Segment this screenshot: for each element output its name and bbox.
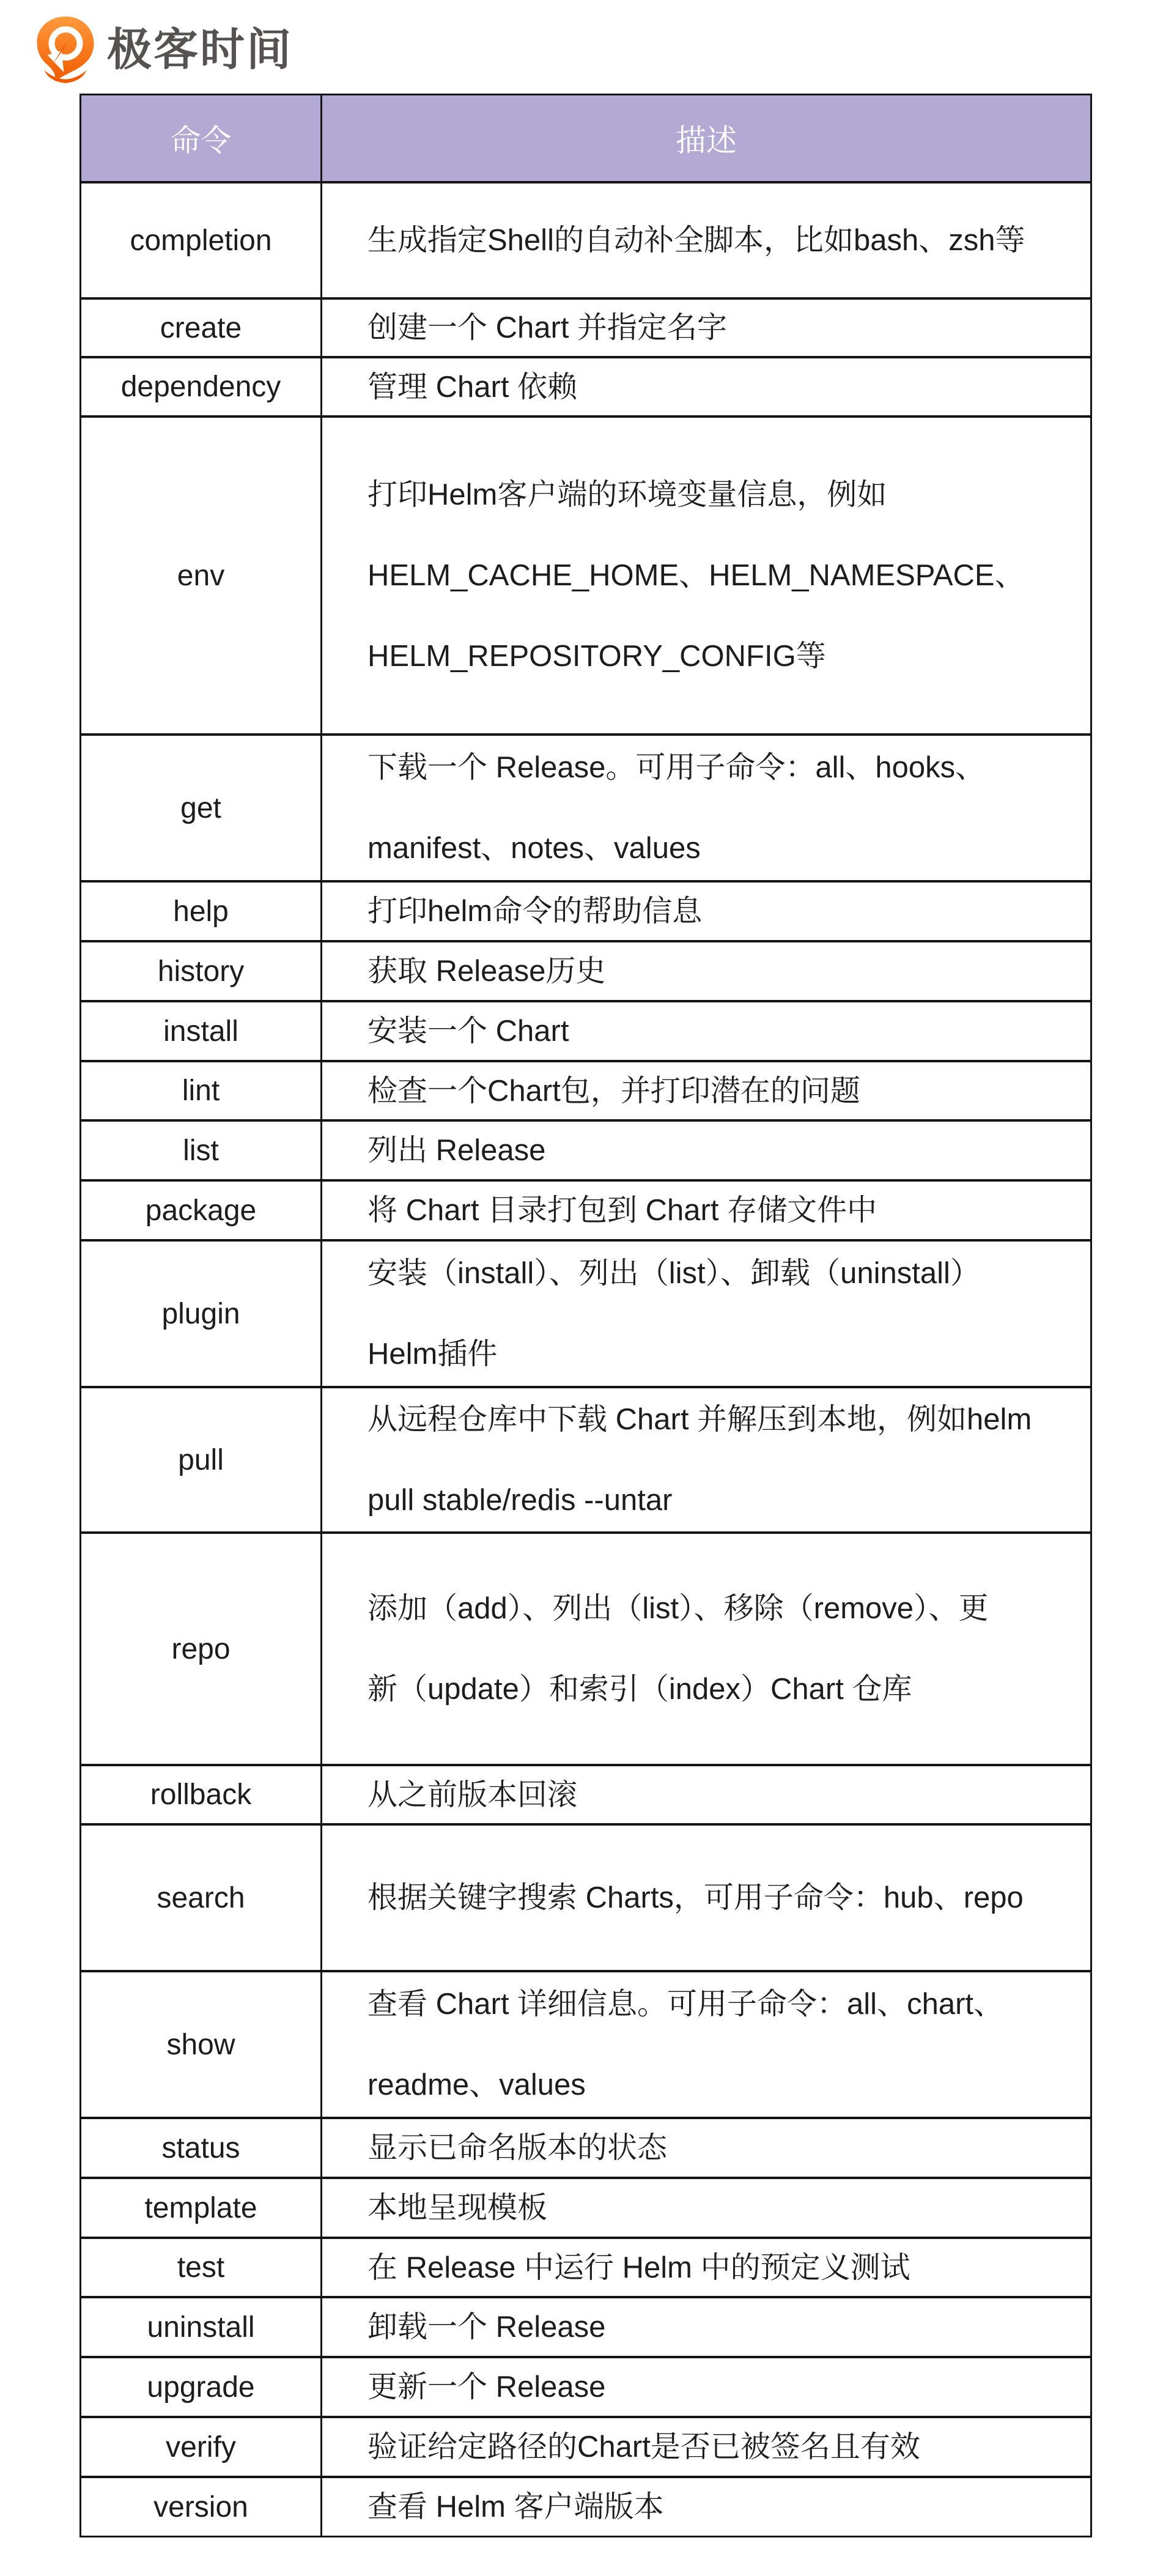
description-line: 管理 Chart 依赖 (367, 347, 1072, 427)
description-line: HELM_REPOSITORY_CONFIG等 (367, 616, 1072, 697)
command-cell: lint (81, 1062, 322, 1119)
command-cell: create (81, 300, 322, 356)
command-cell: version (81, 2478, 322, 2536)
command-cell: rollback (81, 1766, 322, 1823)
header-cell-command: 命令 (81, 95, 322, 181)
description-line: 从之前版本回滚 (367, 1755, 1072, 1835)
command-cell: upgrade (81, 2358, 322, 2416)
table-row: show查看 Chart 详细信息。可用子命令：all、chart、readme… (81, 1970, 1090, 2117)
table-row: package将 Chart 目录打包到 Chart 存储文件中 (81, 1179, 1090, 1239)
table-row: env打印Helm客户端的环境变量信息，例如HELM_CACHE_HOME、HE… (81, 415, 1090, 733)
brand-text: 极客时间 (107, 16, 293, 84)
description-line: HELM_CACHE_HOME、HELM_NAMESPACE、 (367, 535, 1072, 616)
command-cell: help (81, 883, 322, 940)
table-row: repo添加（add）、列出（list）、移除（remove）、更新（updat… (81, 1531, 1090, 1764)
description-cell: 将 Chart 目录打包到 Chart 存储文件中 (322, 1182, 1090, 1239)
description-cell: 安装（install）、列出（list）、卸载（uninstall）Helm插件 (322, 1242, 1090, 1386)
description-line: 查看 Chart 详细信息。可用子命令：all、chart、 (367, 1964, 1072, 2045)
table-row: get下载一个 Release。可用子命令：all、hooks、manifest… (81, 733, 1090, 880)
command-cell: pull (81, 1388, 322, 1531)
page: { "logo": { "brand_text": "极客时间", "icon"… (0, 0, 1174, 2576)
command-cell: history (81, 942, 322, 1000)
command-cell: env (81, 418, 322, 733)
description-line: 添加（add）、列出（list）、移除（remove）、更 (367, 1568, 1072, 1649)
geektime-logo: 极客时间 (35, 16, 293, 84)
description-line: 根据关键字搜索 Charts，可用子命令：hub、repo (367, 1857, 1072, 1938)
description-line: 打印Helm客户端的环境变量信息，例如 (367, 454, 1072, 535)
description-cell: 下载一个 Release。可用子命令：all、hooks、manifest、no… (322, 736, 1090, 880)
description-line: 生成指定Shell的自动补全脚本，比如bash、zsh等 (367, 200, 1072, 281)
command-cell: package (81, 1182, 322, 1239)
description-line: 从远程仓库中下载 Chart 并解压到本地，例如helm (367, 1379, 1072, 1460)
description-line: 查看 Helm 客户端版本 (367, 2467, 1072, 2547)
description-line: 下载一个 Release。可用子命令：all、hooks、 (367, 727, 1072, 808)
description-cell: 查看 Helm 客户端版本 (322, 2478, 1090, 2536)
description-line: 新（update）和索引（index）Chart 仓库 (367, 1649, 1072, 1730)
description-cell: 查看 Chart 详细信息。可用子命令：all、chart、readme、val… (322, 1972, 1090, 2117)
geektime-pin-icon (35, 16, 96, 84)
command-cell: dependency (81, 358, 322, 415)
description-cell: 生成指定Shell的自动补全脚本，比如bash、zsh等 (322, 183, 1090, 297)
description-cell: 管理 Chart 依赖 (322, 358, 1090, 415)
description-line: 安装（install）、列出（list）、卸载（uninstall） (367, 1233, 1072, 1314)
description-cell: 从之前版本回滚 (322, 1766, 1090, 1823)
header-cell-description: 描述 (322, 95, 1090, 181)
table-row: pull从远程仓库中下载 Chart 并解压到本地，例如helmpull sta… (81, 1386, 1090, 1531)
command-cell: show (81, 1972, 322, 2117)
table-row: search根据关键字搜索 Charts，可用子命令：hub、repo (81, 1823, 1090, 1970)
command-cell: search (81, 1826, 322, 1970)
table-row: dependency管理 Chart 依赖 (81, 356, 1090, 415)
helm-command-table: 命令 描述 completion生成指定Shell的自动补全脚本，比如bash、… (79, 94, 1092, 2537)
command-cell: test (81, 2239, 322, 2296)
table-row: rollback从之前版本回滚 (81, 1764, 1090, 1823)
description-cell: 从远程仓库中下载 Chart 并解压到本地，例如helmpull stable/… (322, 1388, 1090, 1531)
table-row: completion生成指定Shell的自动补全脚本，比如bash、zsh等 (81, 181, 1090, 297)
command-cell: repo (81, 1534, 322, 1764)
command-cell: get (81, 736, 322, 880)
description-cell: 根据关键字搜索 Charts，可用子命令：hub、repo (322, 1826, 1090, 1970)
description-cell: 打印Helm客户端的环境变量信息，例如HELM_CACHE_HOME、HELM_… (322, 418, 1090, 733)
table-body: completion生成指定Shell的自动补全脚本，比如bash、zsh等cr… (81, 181, 1090, 2536)
command-cell: list (81, 1122, 322, 1179)
command-cell: uninstall (81, 2298, 322, 2356)
command-cell: install (81, 1002, 322, 1060)
command-cell: template (81, 2179, 322, 2237)
table-row: plugin安装（install）、列出（list）、卸载（uninstall）… (81, 1239, 1090, 1386)
command-cell: plugin (81, 1242, 322, 1386)
description-cell: 添加（add）、列出（list）、移除（remove）、更新（update）和索… (322, 1534, 1090, 1764)
command-cell: verify (81, 2418, 322, 2476)
description-line: pull stable/redis --untar (367, 1460, 1072, 1541)
table-row: version查看 Helm 客户端版本 (81, 2476, 1090, 2536)
command-cell: completion (81, 183, 322, 297)
command-cell: status (81, 2119, 322, 2177)
table-header: 命令 描述 (81, 95, 1090, 181)
